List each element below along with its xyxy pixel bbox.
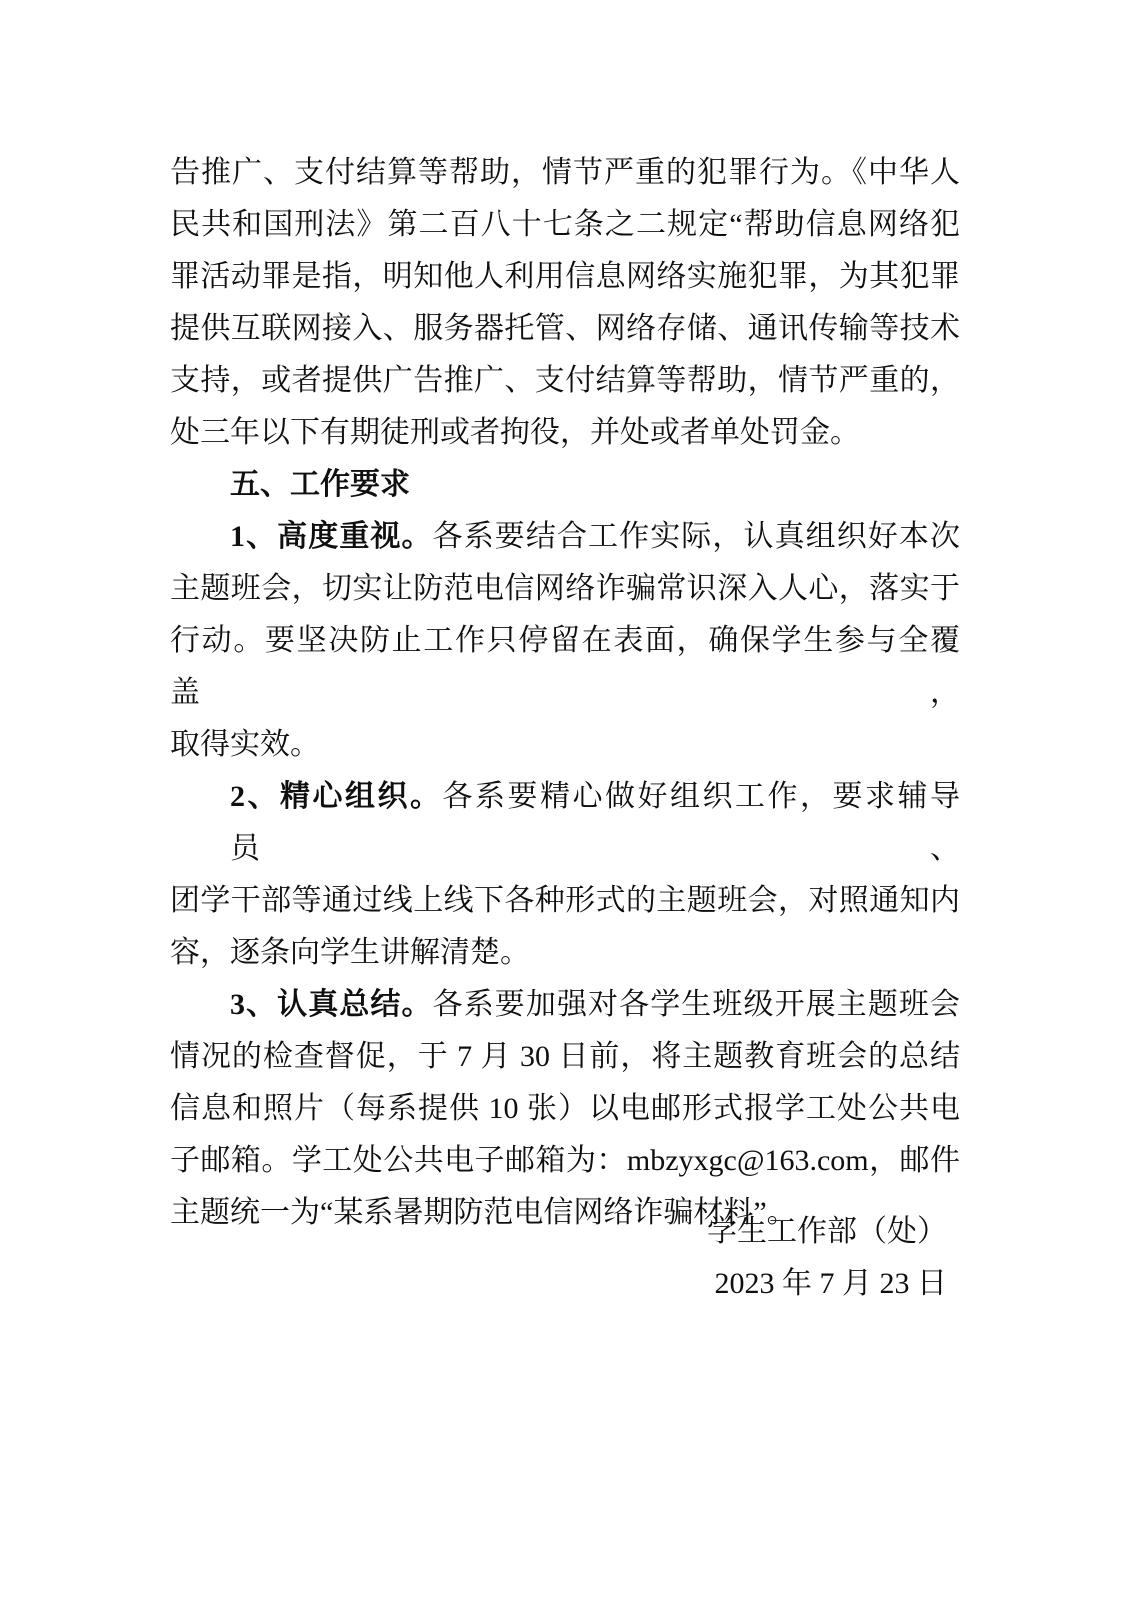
text-run: 行动。要坚决防止工作只停留在表面，确保学生参与全覆盖，: [170, 624, 960, 709]
text-run: 主题统一为“某系暑期防范电信网络诈骗材料”。: [170, 1196, 797, 1229]
text-run: 子邮箱。学工处公共电子邮箱为：mbzyxgc@163.com，邮件: [170, 1144, 960, 1177]
signature-department: 学生工作部（处）: [707, 1206, 947, 1258]
text-run: 取得实效。: [170, 728, 320, 761]
text-run: 容，逐条向学生讲解清楚。: [170, 936, 530, 969]
body-line: 告推广、支付结算等帮助，情节严重的犯罪行为。《中华人: [170, 147, 960, 199]
bold-heading-run: 2、精心组织。: [230, 780, 443, 813]
bold-heading-run: 1、高度重视。: [230, 520, 433, 553]
document-body: 告推广、支付结算等帮助，情节严重的犯罪行为。《中华人民共和国刑法》第二百八十七条…: [170, 147, 960, 1239]
body-line: 主题班会，切实让防范电信网络诈骗常识深入人心，落实于: [170, 563, 960, 615]
body-line: 罪活动罪是指，明知他人利用信息网络实施犯罪，为其犯罪: [170, 251, 960, 303]
text-run: 各系要加强对各学生班级开展主题班会: [433, 988, 960, 1021]
body-line: 民共和国刑法》第二百八十七条之二规定“帮助信息网络犯: [170, 199, 960, 251]
text-run: 主题班会，切实让防范电信网络诈骗常识深入人心，落实于: [170, 572, 960, 605]
body-line: 1、高度重视。各系要结合工作实际，认真组织好本次: [170, 511, 960, 563]
body-line: 团学干部等通过线上线下各种形式的主题班会，对照通知内: [170, 875, 960, 927]
body-line: 信息和照片（每系提供 10 张）以电邮形式报学工处公共电: [170, 1083, 960, 1135]
body-line: 2、精心组织。各系要精心做好组织工作，要求辅导员、: [170, 771, 960, 875]
body-line: 行动。要坚决防止工作只停留在表面，确保学生参与全覆盖，: [170, 615, 960, 719]
body-line: 3、认真总结。各系要加强对各学生班级开展主题班会: [170, 979, 960, 1031]
bold-heading-run: 3、认真总结。: [230, 988, 433, 1021]
text-run: 信息和照片（每系提供 10 张）以电邮形式报学工处公共电: [170, 1092, 960, 1125]
text-run: 罪活动罪是指，明知他人利用信息网络实施犯罪，为其犯罪: [170, 260, 960, 293]
body-line: 提供互联网接入、服务器托管、网络存储、通讯传输等技术: [170, 303, 960, 355]
text-run: 各系要结合工作实际，认真组织好本次: [433, 520, 960, 553]
signature-date: 2023 年 7 月 23 日: [707, 1258, 947, 1310]
document-page: 告推广、支付结算等帮助，情节严重的犯罪行为。《中华人民共和国刑法》第二百八十七条…: [0, 0, 1131, 1600]
text-run: 处三年以下有期徒刑或者拘役，并处或者单处罚金。: [170, 416, 860, 449]
body-line: 五、工作要求: [170, 459, 960, 511]
body-line: 容，逐条向学生讲解清楚。: [170, 927, 960, 979]
text-run: 民共和国刑法》第二百八十七条之二规定“帮助信息网络犯: [170, 208, 960, 241]
body-line: 支持，或者提供广告推广、支付结算等帮助，情节严重的，: [170, 355, 960, 407]
body-line: 处三年以下有期徒刑或者拘役，并处或者单处罚金。: [170, 407, 960, 459]
signature-block: 学生工作部（处） 2023 年 7 月 23 日: [707, 1206, 947, 1310]
body-line: 情况的检查督促，于 7 月 30 日前，将主题教育班会的总结: [170, 1031, 960, 1083]
text-run: 支持，或者提供广告推广、支付结算等帮助，情节严重的，: [170, 364, 960, 397]
body-line: 取得实效。: [170, 719, 960, 771]
text-run: 情况的检查督促，于 7 月 30 日前，将主题教育班会的总结: [170, 1040, 960, 1073]
text-run: 告推广、支付结算等帮助，情节严重的犯罪行为。《中华人: [170, 156, 960, 189]
bold-heading-run: 五、工作要求: [230, 468, 410, 501]
body-line: 子邮箱。学工处公共电子邮箱为：mbzyxgc@163.com，邮件: [170, 1135, 960, 1187]
text-run: 团学干部等通过线上线下各种形式的主题班会，对照通知内: [170, 884, 960, 917]
text-run: 提供互联网接入、服务器托管、网络存储、通讯传输等技术: [170, 312, 960, 345]
